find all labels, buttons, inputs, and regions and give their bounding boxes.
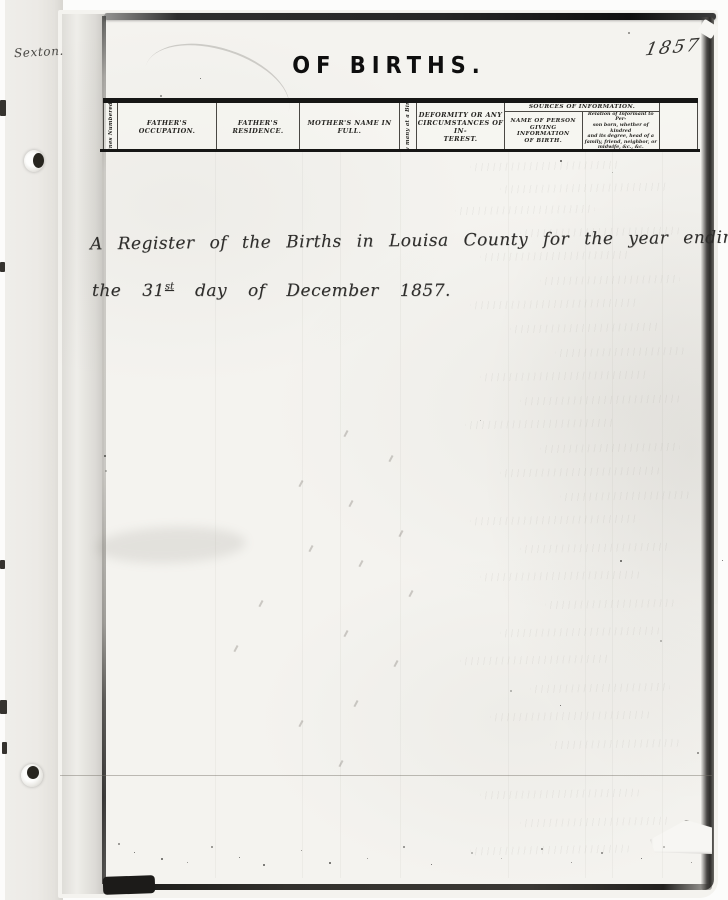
dirt-speck xyxy=(471,852,473,854)
page-bottom-edge-dark-spot xyxy=(103,875,156,895)
dirt-speck xyxy=(431,864,432,865)
dirt-speck xyxy=(560,705,561,706)
register-inscription-line2: the 31st day of December 1857. xyxy=(92,281,451,301)
page-right-edge xyxy=(701,17,714,890)
dirt-speck xyxy=(161,858,163,860)
punch-hole-top xyxy=(24,150,44,172)
dirt-speck xyxy=(134,852,135,853)
ghost-column-line xyxy=(612,152,613,878)
dirt-speck xyxy=(104,455,106,457)
column-header-father-residence: FATHER'S RESIDENCE. xyxy=(217,103,300,151)
fold-line xyxy=(60,775,712,776)
dirt-speck xyxy=(200,78,201,79)
page-title: OF BIRTHS. xyxy=(292,52,486,79)
dirt-speck xyxy=(187,862,188,863)
punch-hole-shadow xyxy=(33,153,44,168)
dirt-speck xyxy=(697,752,699,754)
punch-hole-bottom xyxy=(21,764,43,787)
ghost-column-line xyxy=(585,152,586,878)
dirt-speck xyxy=(571,862,572,863)
dirt-speck xyxy=(480,420,481,421)
column-label: DEFORMITY OR ANY CIRCUMSTANCES OF IN- TE… xyxy=(417,111,504,143)
column-label: NAME OF PERSON GIVING INFORMATION OF BIR… xyxy=(505,118,582,145)
page-top-edge xyxy=(104,13,716,20)
left-edge-mark xyxy=(0,560,5,569)
dirt-speck xyxy=(501,858,502,859)
column-header-informant-relation: Relation of Informant to Per- son born, … xyxy=(583,112,660,151)
ghost-column-line xyxy=(508,152,509,878)
column-header-informant-name: NAME OF PERSON GIVING INFORMATION OF BIR… xyxy=(505,112,583,151)
column-label: MOTHER'S NAME IN FULL. xyxy=(300,119,399,135)
ghost-column-line xyxy=(302,152,303,878)
dirt-speck xyxy=(641,858,642,859)
register-header-table: Lines Numbered. FATHER'S OCCUPATION. FAT… xyxy=(103,98,698,152)
column-header-father-occupation: FATHER'S OCCUPATION. xyxy=(118,103,217,151)
dirt-speck xyxy=(118,843,120,845)
column-header-how-many: How many at a Birth. xyxy=(400,103,417,151)
left-edge-mark xyxy=(0,100,6,116)
column-label: Relation of Informant to Per- son born, … xyxy=(583,112,660,151)
dirt-speck xyxy=(263,864,265,866)
inscription-line2-superscript: st xyxy=(165,281,174,292)
margin-note: Sexton. xyxy=(14,44,65,61)
column-header-blank xyxy=(660,103,698,151)
ghost-column-line xyxy=(215,152,216,878)
dirt-speck xyxy=(691,862,692,863)
column-header-deformity: DEFORMITY OR ANY CIRCUMSTANCES OF IN- TE… xyxy=(417,103,505,151)
left-edge-mark xyxy=(0,262,5,272)
dirt-speck xyxy=(367,858,368,859)
dirt-speck xyxy=(160,95,162,97)
dirt-speck xyxy=(403,846,405,848)
column-label: Lines Numbered. xyxy=(108,103,114,151)
ghost-column-line xyxy=(662,152,663,878)
group-subcolumns: NAME OF PERSON GIVING INFORMATION OF BIR… xyxy=(505,112,659,151)
inscription-line2-start: the 31 xyxy=(92,281,165,301)
dirt-speck xyxy=(147,122,149,124)
group-label: SOURCES OF INFORMATION. xyxy=(505,103,659,112)
dirt-speck xyxy=(541,848,543,850)
dirt-speck xyxy=(211,846,213,848)
left-edge-mark xyxy=(0,700,7,714)
dirt-speck xyxy=(560,160,562,162)
binding-shadow xyxy=(62,14,104,894)
dirt-speck xyxy=(663,846,665,848)
dirt-speck xyxy=(722,560,723,561)
scanned-register-page: Sexton. 1857 OF BIRTHS. Lines Numbered. … xyxy=(0,0,728,900)
dirt-speck xyxy=(660,640,662,642)
ghost-column-line xyxy=(400,152,401,878)
dirt-speck xyxy=(620,560,622,562)
column-group-sources-of-information: SOURCES OF INFORMATION. NAME OF PERSON G… xyxy=(505,103,660,151)
dirt-speck xyxy=(105,470,107,472)
punch-hole-shadow xyxy=(27,766,39,779)
dirt-speck xyxy=(329,862,331,864)
column-label: How many at a Birth. xyxy=(405,103,411,151)
column-header-lines-numbered: Lines Numbered. xyxy=(103,103,118,151)
column-header-mother-name: MOTHER'S NAME IN FULL. xyxy=(300,103,400,151)
dirt-speck xyxy=(301,850,302,851)
dirt-speck xyxy=(628,32,630,34)
dirt-speck xyxy=(510,690,512,692)
column-label: FATHER'S OCCUPATION. xyxy=(118,119,216,135)
dirt-speck xyxy=(239,857,240,858)
column-label: FATHER'S RESIDENCE. xyxy=(217,119,299,135)
ghost-column-line xyxy=(340,152,341,878)
left-edge-mark xyxy=(2,742,7,754)
dirt-speck xyxy=(612,172,613,173)
page-bottom-edge xyxy=(106,884,712,890)
dirt-speck xyxy=(601,852,603,854)
